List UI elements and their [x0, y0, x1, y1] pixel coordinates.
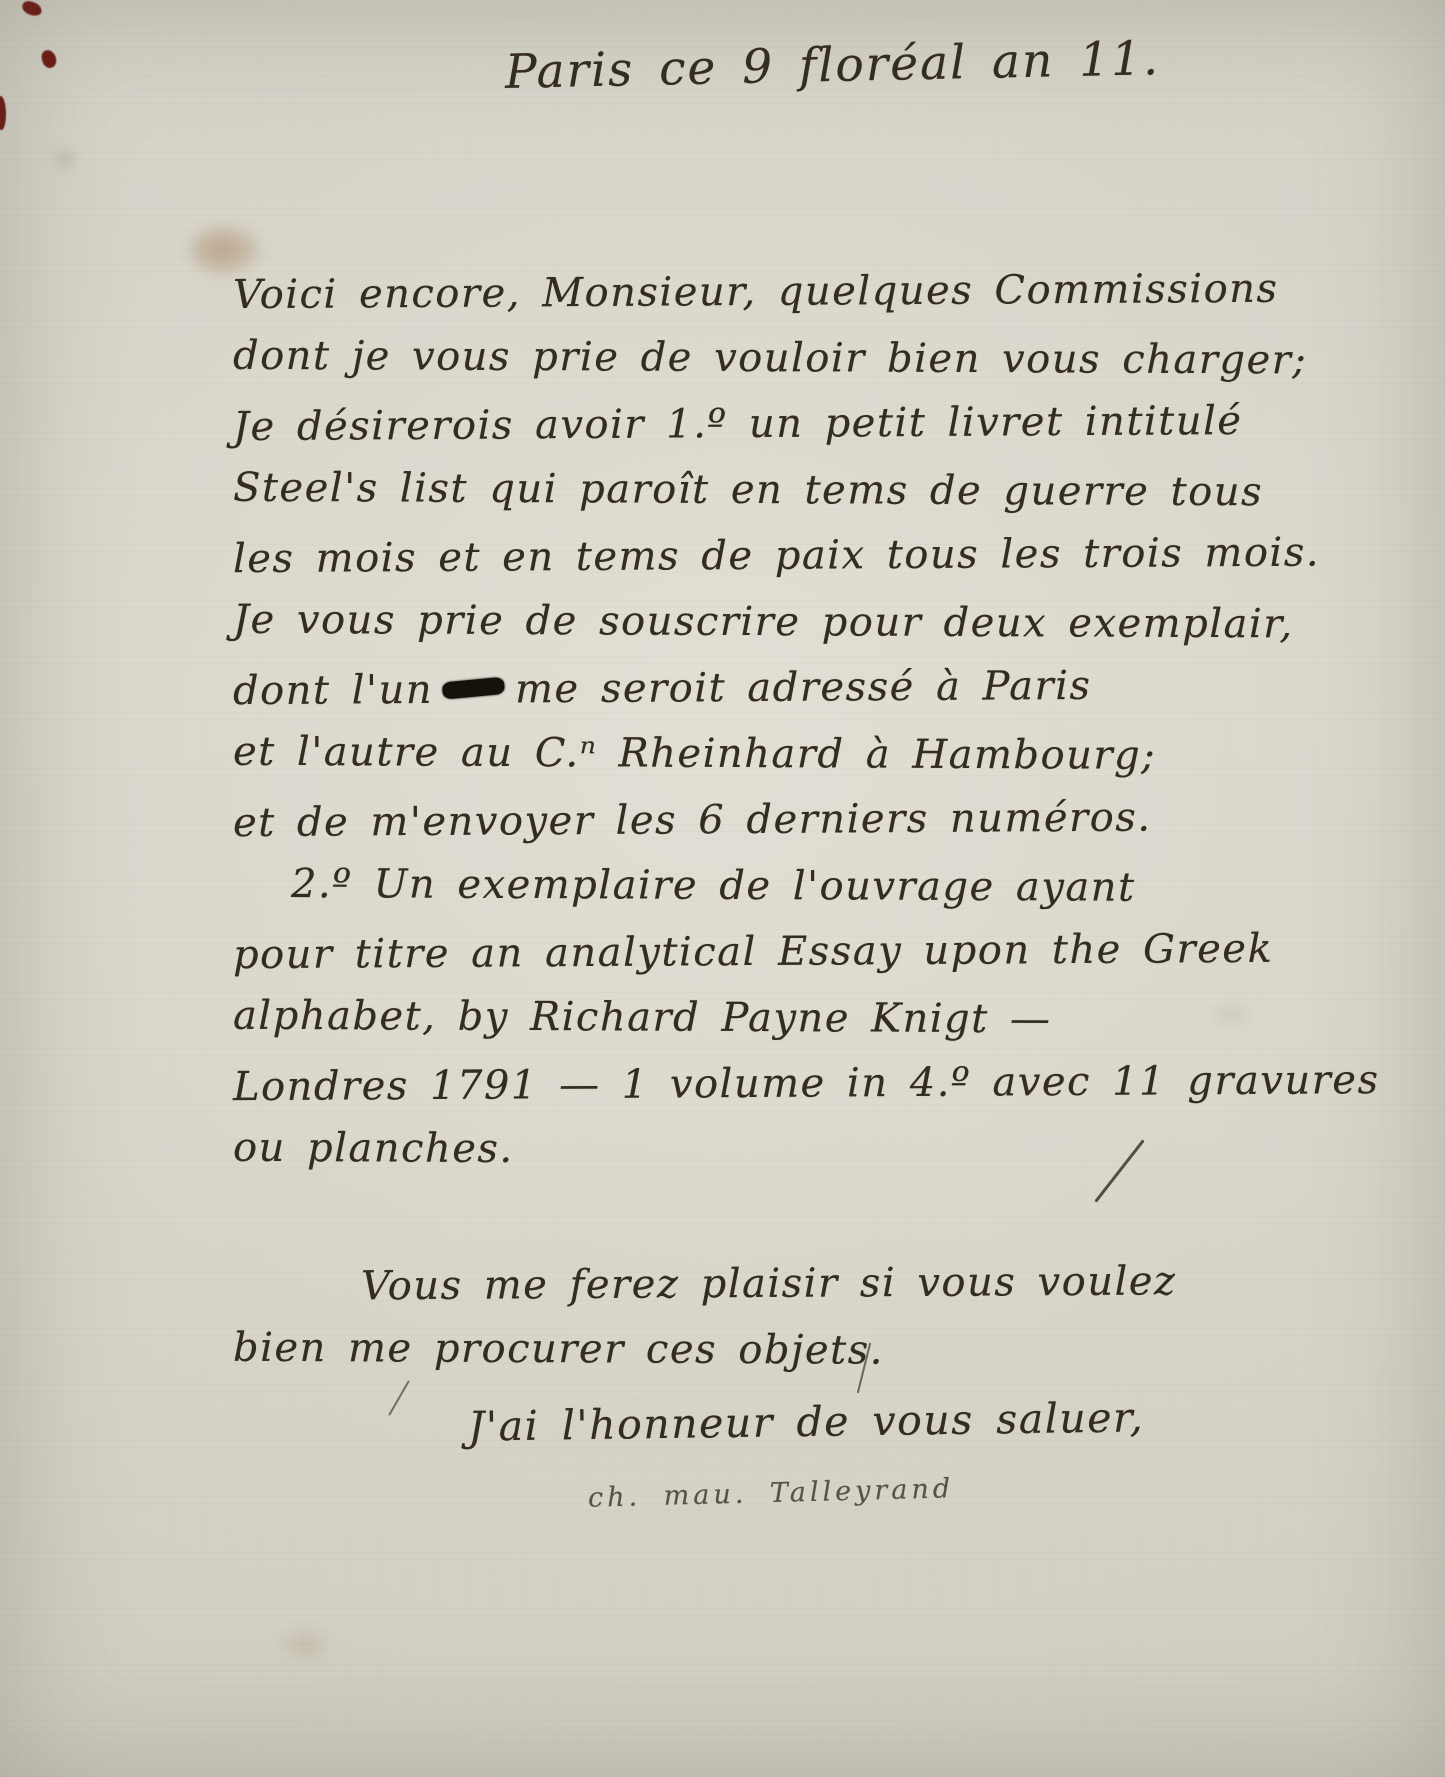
letter-line: pour titre an analytical Essay upon the …: [233, 919, 1263, 991]
ink-blot-strikethrough: [442, 677, 505, 700]
letter-line: Je désirerois avoir 1.º un petit livret …: [233, 391, 1263, 463]
letter-line: Voici encore, Monsieur, quelques Commiss…: [233, 259, 1263, 331]
closing-line: J'ai l'honneur de vous saluer,: [468, 1393, 1145, 1450]
signature: ch. mau. Talleyrand: [588, 1473, 955, 1514]
letter-line: ou planches.: [233, 1118, 1263, 1188]
letter-line: dont l'unme seroit adressé à Paris: [233, 655, 1263, 727]
letter-line: Vous me ferez plaisir si vous voulez: [233, 1251, 1263, 1323]
letter-line: Je vous prie de souscrire pour deux exem…: [233, 590, 1263, 660]
letter-line: 2.º Un exemplaire de l'ouvrage ayant: [233, 854, 1263, 924]
letter-line: alphabet, by Richard Payne Knigt —: [233, 986, 1263, 1056]
fox-stain: [278, 1628, 332, 1662]
red-edge-mark: [0, 96, 6, 130]
red-edge-mark: [20, 0, 43, 18]
letter-line: Londres 1791 — 1 volume in 4.º avec 11 g…: [233, 1051, 1263, 1123]
letter-lines: Voici encore, Monsieur, quelques Commiss…: [233, 262, 1263, 1386]
letter-page: Paris ce 9 floréal an 11. Voici encore, …: [0, 0, 1445, 1777]
letter-line: bien me procurer ces objets.: [233, 1318, 1263, 1388]
letter-line: et l'autre au C.ⁿ Rheinhard à Hambourg;: [233, 722, 1263, 792]
line-text: dont l'un: [233, 667, 433, 714]
letter-line: et de m'envoyer les 6 derniers numéros.: [233, 787, 1263, 859]
line-text: me seroit adressé à Paris: [515, 663, 1092, 713]
fox-stain: [52, 148, 78, 170]
letter-line: Steel's list qui paroît en tems de guerr…: [233, 458, 1263, 528]
dateline: Paris ce 9 floréal an 11.: [504, 31, 1160, 100]
letter-line: dont je vous prie de vouloir bien vous c…: [233, 326, 1263, 396]
red-edge-mark: [40, 49, 57, 70]
letter-line: les mois et en tems de paix tous les tro…: [233, 523, 1263, 595]
